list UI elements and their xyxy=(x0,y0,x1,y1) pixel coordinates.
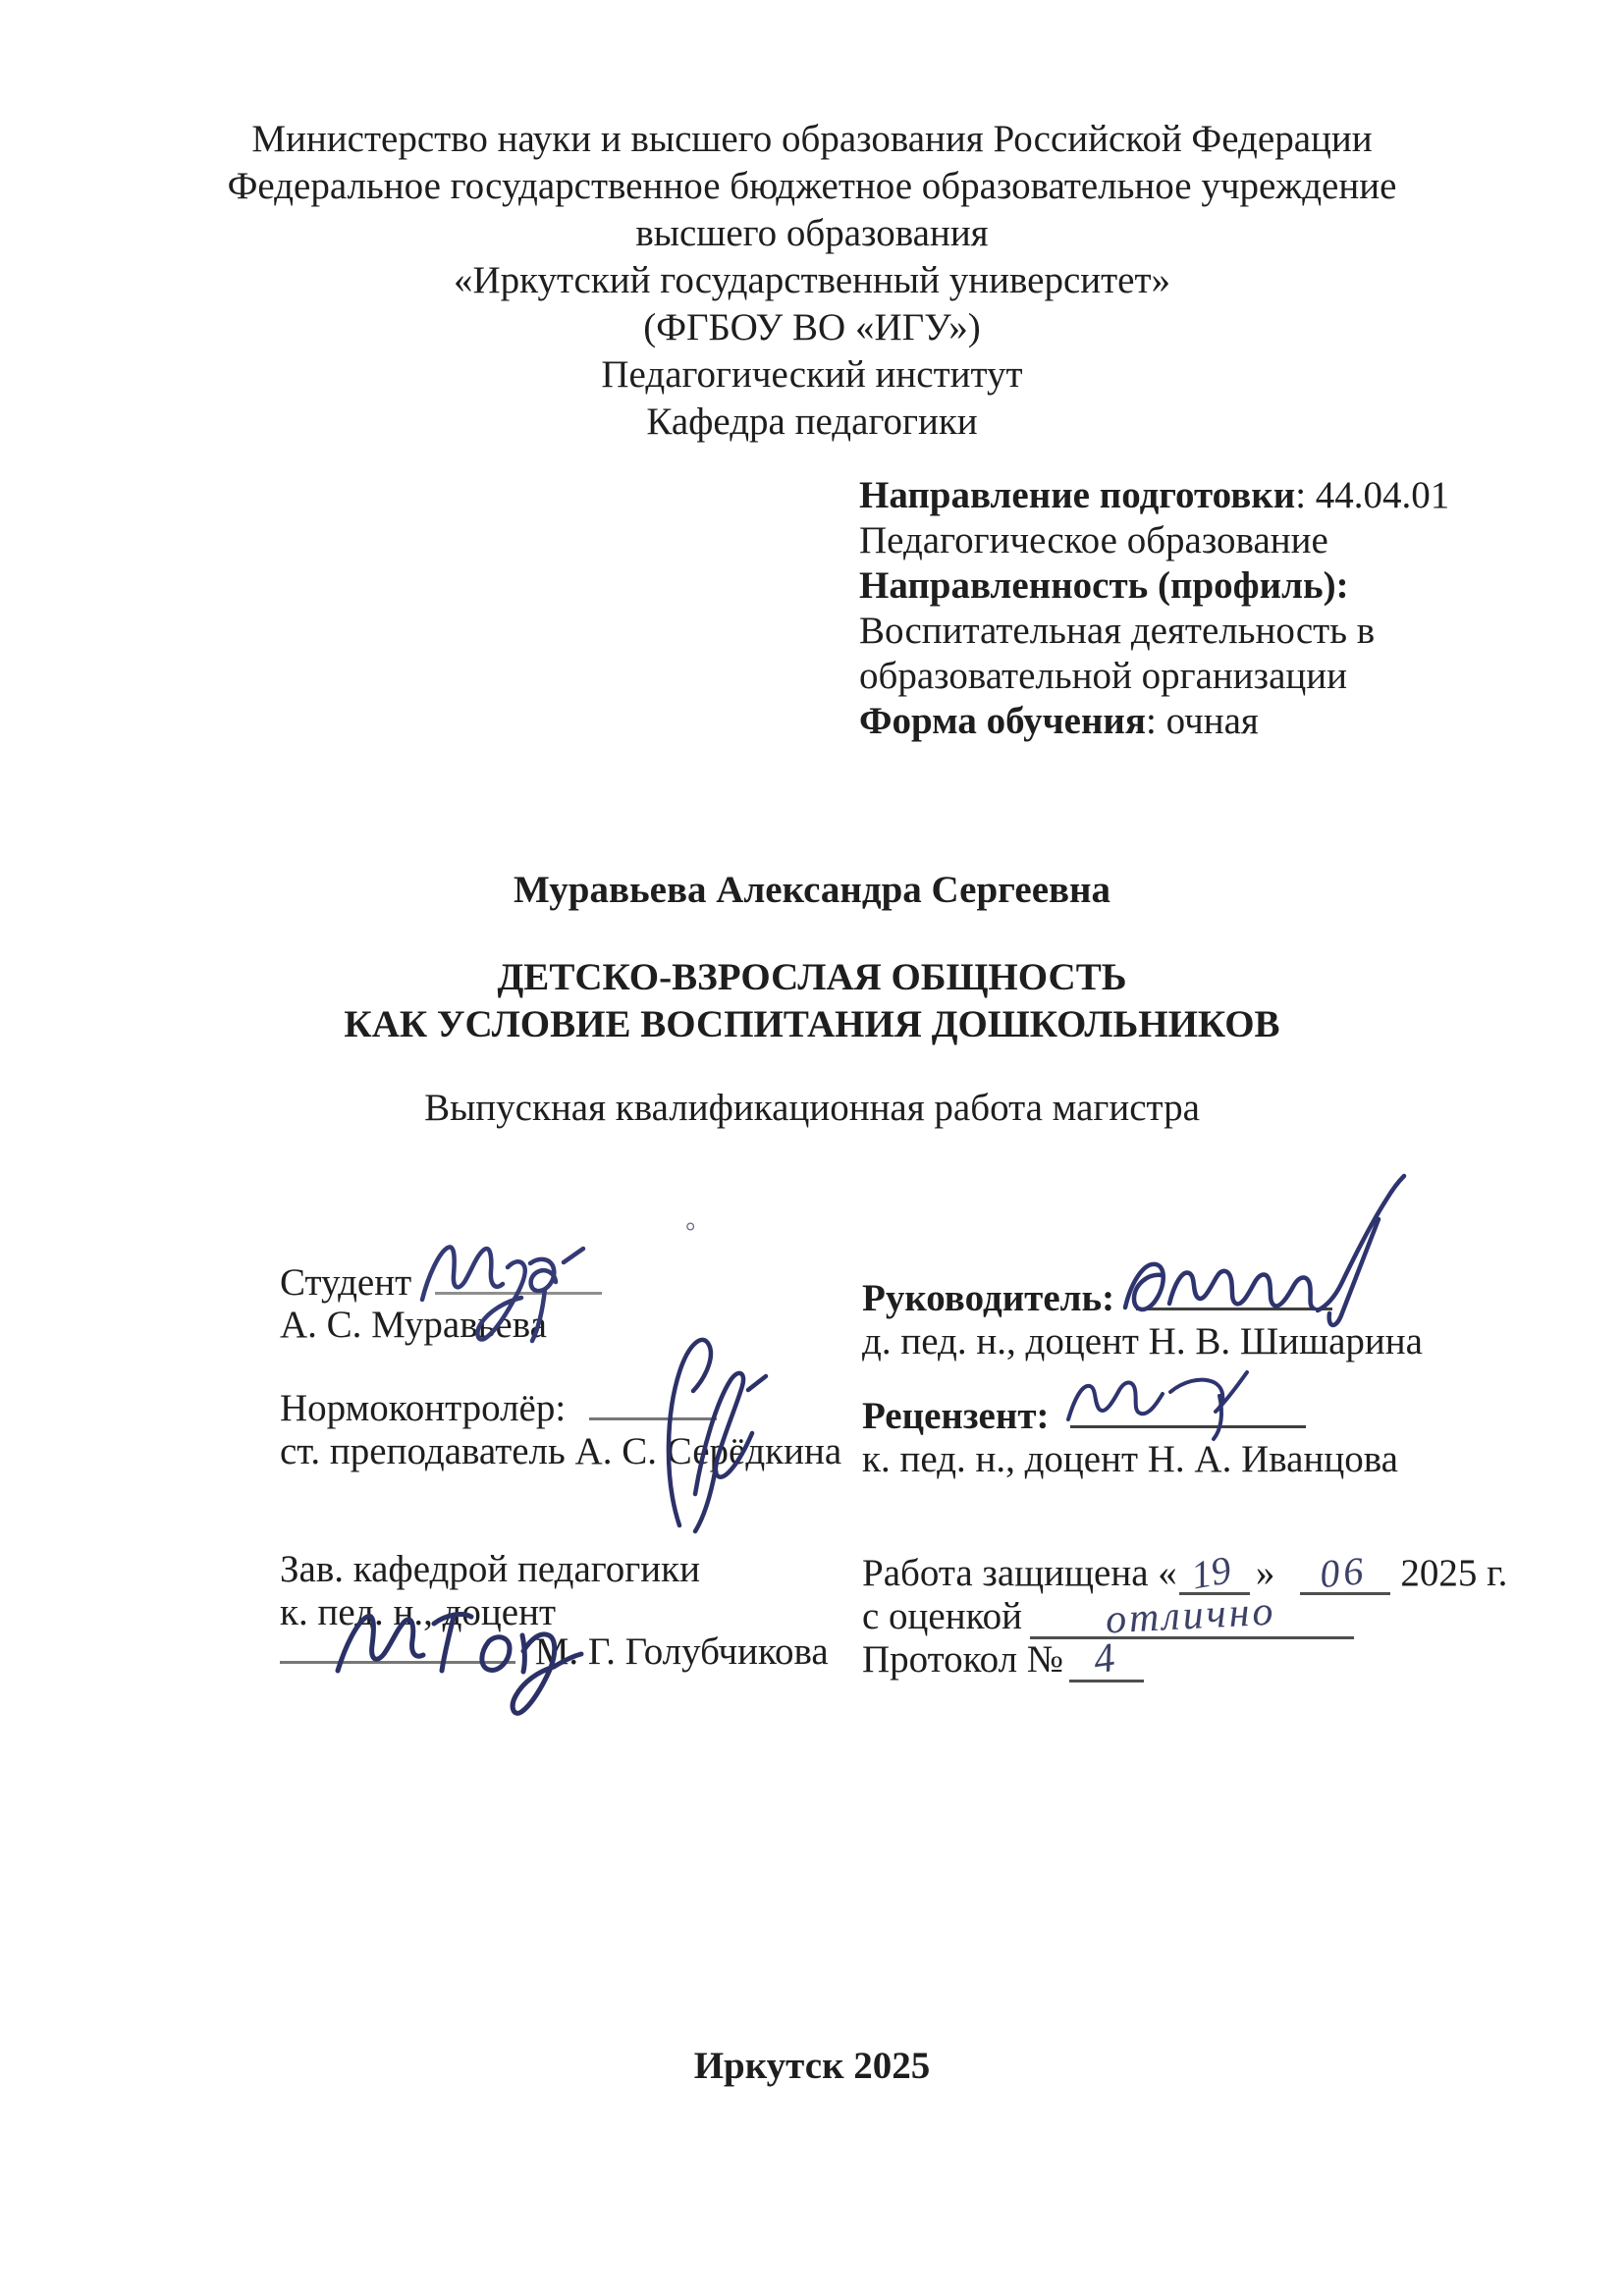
supervisor-label: Руководитель: xyxy=(862,1277,1114,1319)
scan-artifact-mark: ° xyxy=(685,1217,695,1247)
supervisor-name: д. пед. н., доцент Н. В. Шишарина xyxy=(862,1319,1423,1363)
defense-month-handwritten: 06 xyxy=(1319,1551,1369,1594)
defense-month-line: 06 xyxy=(1300,1553,1390,1595)
student-name: А. С. Муравьева xyxy=(280,1303,547,1347)
defense-close-quote: » xyxy=(1256,1552,1275,1594)
supervisor-row: Руководитель: xyxy=(862,1276,1332,1320)
grade-handwritten: отлично xyxy=(1105,1591,1276,1641)
header-line-ministry: Министерство науки и высшего образования… xyxy=(0,116,1624,163)
protocol-row: Протокол №4 xyxy=(862,1637,1144,1682)
program-form-label: Форма обучения xyxy=(859,700,1146,742)
program-info-block: Направление подготовки: 44.04.01 Педагог… xyxy=(859,473,1507,744)
program-form-value: : очная xyxy=(1146,700,1259,742)
program-profile-label: Направленность (профиль): xyxy=(859,563,1507,609)
header-line-department: Кафедра педагогики xyxy=(0,399,1624,446)
city-year: Иркутск 2025 xyxy=(0,2044,1624,2088)
program-direction-name: Педагогическое образование xyxy=(859,518,1507,563)
defense-day-line: 19 xyxy=(1179,1553,1250,1595)
grade-row: с оценкойотлично xyxy=(862,1594,1354,1639)
header-line-education: высшего образования xyxy=(0,210,1624,257)
header-line-abbrev: (ФГБОУ ВО «ИГУ») xyxy=(0,304,1624,351)
program-profile-line1: Воспитательная деятельность в xyxy=(859,609,1507,654)
normcontrol-row: Нормоконтролёр: xyxy=(280,1386,717,1430)
normcontrol-name: ст. преподаватель А. С. Серёдкина xyxy=(280,1429,841,1473)
head-dept-signature-row: М. Г. Голубчикова xyxy=(280,1629,829,1674)
reviewer-name: к. пед. н., доцент Н. А. Иванцова xyxy=(862,1437,1398,1481)
normcontrol-signature-tick xyxy=(748,1376,766,1390)
grade-label: с оценкой xyxy=(862,1595,1022,1637)
normcontrol-label: Нормоконтролёр: xyxy=(280,1387,566,1429)
program-form-line: Форма обучения: очная xyxy=(859,699,1507,744)
head-dept-signature-line xyxy=(280,1661,515,1664)
student-row: Студент xyxy=(280,1260,602,1305)
thesis-title-page: Министерство науки и высшего образования… xyxy=(0,0,1624,2296)
defense-suffix: 2025 г. xyxy=(1400,1552,1507,1594)
defense-prefix: Работа защищена « xyxy=(862,1552,1177,1594)
defense-date-row: Работа защищена «19»062025 г. xyxy=(862,1551,1507,1595)
thesis-subtitle: Выпускная квалификационная работа магист… xyxy=(0,1086,1624,1130)
student-signature-line xyxy=(435,1292,602,1295)
program-direction-label: Направление подготовки xyxy=(859,474,1295,516)
defense-day-handwritten: 19 xyxy=(1188,1550,1233,1595)
head-dept-line2: к. пед. н., доцент xyxy=(280,1590,556,1634)
protocol-number-handwritten: 4 xyxy=(1091,1637,1117,1682)
head-dept-name: М. Г. Голубчикова xyxy=(535,1630,829,1673)
program-direction-line: Направление подготовки: 44.04.01 xyxy=(859,473,1507,518)
grade-line: отлично xyxy=(1030,1595,1354,1639)
supervisor-signature-crossstroke xyxy=(1329,1219,1379,1325)
header-line-institute: Педагогический институт xyxy=(0,351,1624,399)
student-label: Студент xyxy=(280,1261,411,1304)
protocol-number-line: 4 xyxy=(1069,1638,1144,1682)
protocol-label: Протокол № xyxy=(862,1638,1063,1681)
program-profile-line2: образовательной организации xyxy=(859,654,1507,699)
thesis-title: ДЕТСКО-ВЗРОСЛАЯ ОБЩНОСТЬ КАК УСЛОВИЕ ВОС… xyxy=(0,954,1624,1048)
thesis-title-line2: КАК УСЛОВИЕ ВОСПИТАНИЯ ДОШКОЛЬНИКОВ xyxy=(0,1001,1624,1048)
reviewer-row: Рецензент: xyxy=(862,1394,1306,1438)
supervisor-signature-line xyxy=(1136,1308,1332,1310)
program-direction-value: : 44.04.01 xyxy=(1295,474,1449,516)
head-dept-line1: Зав. кафедрой педагогики xyxy=(280,1547,700,1591)
university-header: Министерство науки и высшего образования… xyxy=(0,116,1624,446)
thesis-title-line1: ДЕТСКО-ВЗРОСЛАЯ ОБЩНОСТЬ xyxy=(0,954,1624,1001)
reviewer-signature-line xyxy=(1070,1425,1306,1428)
author-name: Муравьева Александра Сергеевна xyxy=(0,868,1624,912)
header-line-university: «Иркутский государственный университет» xyxy=(0,257,1624,304)
normcontrol-signature-line xyxy=(589,1417,717,1420)
header-line-institution: Федеральное государственное бюджетное об… xyxy=(0,163,1624,210)
reviewer-label: Рецензент: xyxy=(862,1395,1049,1437)
